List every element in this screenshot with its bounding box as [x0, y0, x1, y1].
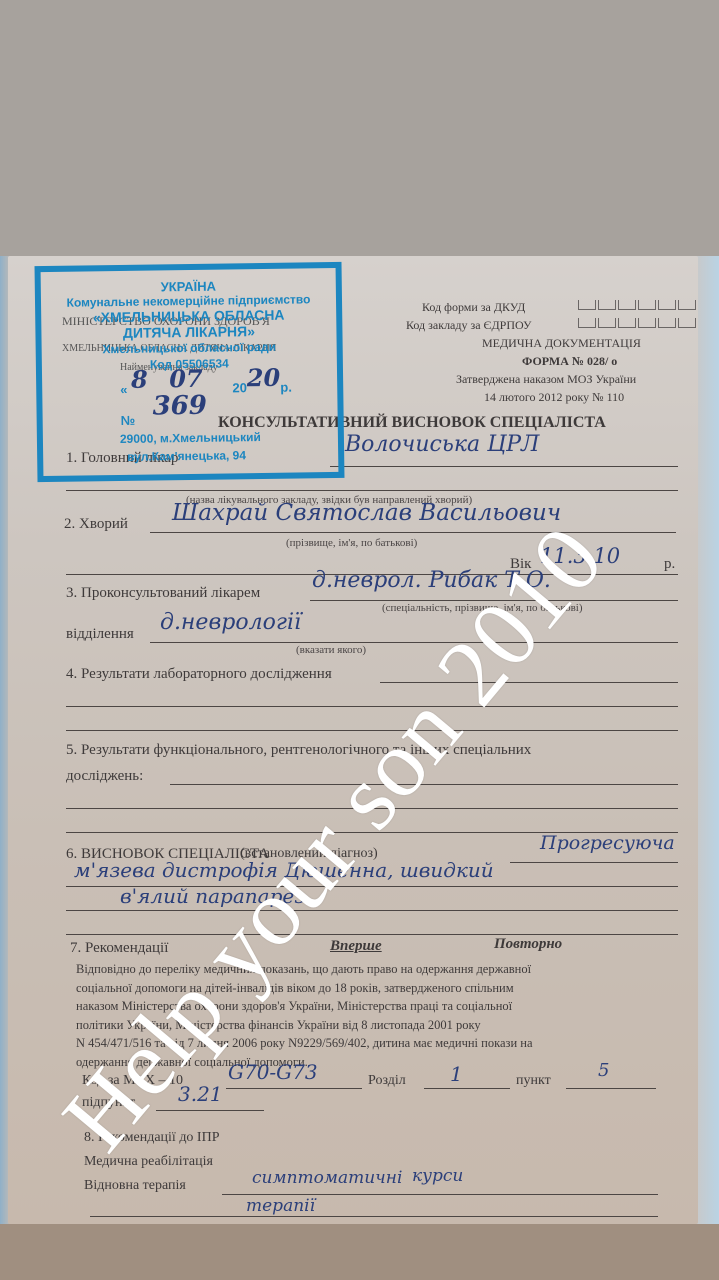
- stamp-number-label: №: [121, 413, 136, 428]
- code-box: [658, 300, 676, 310]
- approved-by: Затверджена наказом МОЗ України: [456, 372, 636, 387]
- edrpou-code-boxes: [578, 318, 696, 328]
- field-4-label: 4. Результати лабораторного дослідження: [66, 666, 332, 683]
- diagnosis-value-3: в'ялий парапарез: [120, 884, 305, 908]
- dkud-code-boxes: [578, 300, 696, 310]
- subpoint-underline: [156, 1110, 264, 1111]
- icd-value: G70-G73: [228, 1060, 318, 1084]
- icd-underline: [226, 1088, 362, 1089]
- field-5-label-2: досліджень:: [66, 768, 143, 785]
- dkud-label: Код форми за ДКУД: [422, 300, 525, 315]
- department-label: відділення: [66, 626, 134, 643]
- field-2-label: 2. Хворий: [64, 516, 128, 533]
- field-2-underline: [150, 532, 676, 533]
- age-suffix: р.: [664, 556, 675, 573]
- field-2-caption: (прізвище, ім'я, по батькові): [286, 537, 417, 549]
- subpoint-value: 3.21: [178, 1082, 223, 1106]
- consulting-doctor-value: д.неврол. Рибак Т.О.: [312, 568, 551, 593]
- field-3-label: 3. Проконсультований лікарем: [66, 585, 260, 602]
- department-value: д.неврології: [160, 610, 301, 635]
- stamp-date-year-prefix: 20: [232, 380, 247, 395]
- department-caption: (вказати якого): [296, 644, 366, 656]
- edrpou-label: Код закладу за ЄДРПОУ: [406, 318, 531, 333]
- therapy-underline: [222, 1194, 658, 1195]
- field-5-label: 5. Результати функціонального, рентгенол…: [66, 742, 531, 759]
- stamp-line-2: «ХМЕЛЬНИЦЬКА ОБЛАСНА: [41, 308, 336, 325]
- section-underline: [424, 1088, 510, 1089]
- top-background-band: [0, 0, 719, 256]
- therapy-underline-2: [90, 1216, 658, 1217]
- code-box: [658, 318, 676, 328]
- stamp-address-1: 29000, м.Хмельницький: [43, 430, 338, 447]
- recommendation-line: політики України, Міністерства фінансів …: [76, 1016, 533, 1035]
- patient-name-value: Шахрай Святослав Васильович: [172, 500, 561, 526]
- code-box: [578, 300, 596, 310]
- form-number: ФОРМА № 028/ о: [522, 354, 617, 369]
- right-background-edge: [695, 256, 719, 1224]
- code-box: [638, 300, 656, 310]
- therapy-label: Відновна терапія: [84, 1178, 186, 1194]
- therapy-value-3: терапії: [246, 1196, 315, 1216]
- therapy-value-2: курси: [412, 1166, 463, 1186]
- stamp-line-3: ДИТЯЧА ЛІКАРНЯ»: [41, 324, 336, 341]
- code-box: [678, 300, 696, 310]
- field-1-underline-2: [66, 490, 678, 491]
- recommendation-text: Відповідно до переліку медичних показань…: [76, 960, 533, 1072]
- section-label: Розділ: [368, 1073, 406, 1089]
- field-4-underline: [380, 682, 678, 683]
- field-8-label: 8. Рекомендації до ІПР: [84, 1130, 220, 1146]
- department-underline: [150, 642, 678, 643]
- section-value: 1: [450, 1062, 463, 1086]
- recommendation-line: соціальної допомоги на дітей-інвалідів в…: [76, 979, 533, 998]
- recommendation-line: Відповідно до переліку медичних показань…: [76, 960, 533, 979]
- diagnosis-value-2: м'язева дистрофія Дюшенна, швидкий: [74, 858, 494, 882]
- field-5-underline: [170, 784, 678, 785]
- code-box: [598, 318, 616, 328]
- point-underline: [566, 1088, 656, 1089]
- stamp-number-value: 369: [152, 391, 207, 422]
- bottom-background-band: [0, 1224, 719, 1280]
- field-6-line-4: [66, 934, 678, 935]
- first-time-option: Вперше: [330, 938, 382, 955]
- therapy-value-1: симптоматичні: [252, 1168, 402, 1188]
- diagnosis-value-1: Прогресуюча: [540, 832, 675, 854]
- code-box: [578, 318, 596, 328]
- point-label: пункт: [516, 1073, 551, 1089]
- field-7-label: 7. Рекомендації: [70, 940, 168, 957]
- doc-type: МЕДИЧНА ДОКУМЕНТАЦІЯ: [482, 336, 641, 351]
- recommendation-line: наказом Міністерства охорони здоров'я Ук…: [76, 997, 533, 1016]
- field-6-underline: [510, 862, 678, 863]
- code-box: [638, 318, 656, 328]
- field-4-line-2: [66, 706, 678, 707]
- stamp-date-prefix: «: [120, 382, 127, 397]
- stamp-date-suffix: р.: [280, 380, 292, 395]
- approved-date: 14 лютого 2012 року № 110: [484, 390, 624, 405]
- field-1-underline: [330, 466, 678, 467]
- stamp-date-year: 20: [247, 363, 281, 392]
- code-box: [678, 318, 696, 328]
- hospital-stamp: УКРАЇНА Комунальне некомерційне підприєм…: [35, 262, 345, 482]
- field-6-line-3: [66, 910, 678, 911]
- icd-label: Код за МКХ – 10: [82, 1073, 183, 1089]
- code-box: [618, 300, 636, 310]
- repeat-option: Повторно: [494, 936, 562, 953]
- field-3-caption: (спеціальність, прізвище, ім'я, по батьк…: [382, 602, 583, 614]
- recommendation-line: N 454/471/516 та від 7 липня 2006 року N…: [76, 1034, 533, 1053]
- medical-rehab-label: Медична реабілітація: [84, 1154, 213, 1170]
- point-value: 5: [598, 1060, 609, 1081]
- subpoint-label: підпункт: [82, 1095, 135, 1111]
- field-4-line-3: [66, 730, 678, 731]
- age-value: 11.3.10: [540, 544, 620, 568]
- stamp-line-4: Хмельницької обласної ради: [42, 340, 337, 357]
- stamp-date-month: 07: [169, 364, 203, 393]
- code-box: [618, 318, 636, 328]
- field-3-underline: [310, 600, 678, 601]
- stamp-date-day: 8: [131, 365, 148, 394]
- field-5-line-2: [66, 808, 678, 809]
- code-box: [598, 300, 616, 310]
